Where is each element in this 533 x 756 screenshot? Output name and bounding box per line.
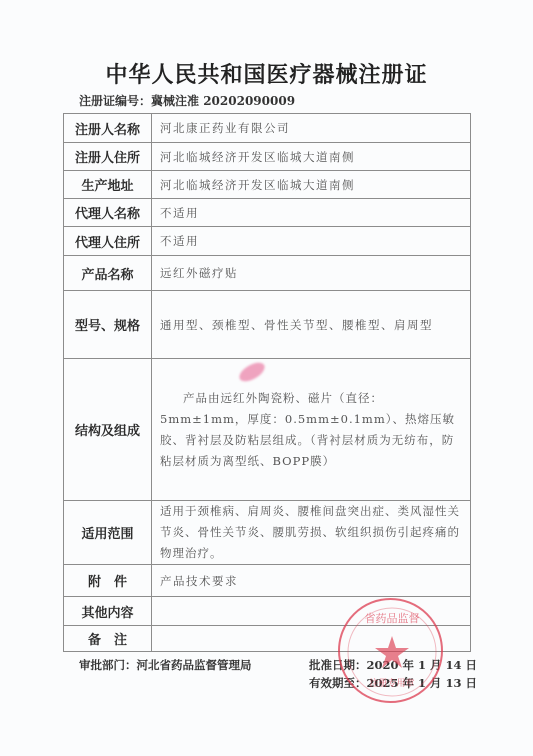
row-registrant-name: 注册人名称 河北康正药业有限公司 <box>64 114 471 143</box>
value-agent-name: 不适用 <box>152 199 471 227</box>
row-product-name: 产品名称 远红外磁疗贴 <box>64 256 471 291</box>
structure-text: 产品由远红外陶瓷粉、磁片（直径：5mm±1mm，厚度：0.5mm±0.1mm）、… <box>160 388 470 472</box>
registration-number-line: 注册证编号：冀械注准 20202090009 <box>79 92 295 109</box>
row-model-spec: 型号、规格 通用型、颈椎型、骨性关节型、腰椎型、肩周型 <box>64 291 471 359</box>
value-attachment: 产品技术要求 <box>152 565 471 597</box>
approval-department: 审批部门：河北省药品监督管理局 <box>79 657 252 673</box>
svg-text:注册专用章: 注册专用章 <box>369 677 414 689</box>
registration-number: 冀械注准 20202090009 <box>151 94 295 108</box>
row-agent-address: 代理人住所 不适用 <box>64 227 471 256</box>
label-remarks: 备 注 <box>64 626 152 652</box>
value-product-name: 远红外磁疗贴 <box>152 256 471 291</box>
value-scope: 适用于颈椎病、肩周炎、腰椎间盘突出症、类风湿性关节炎、骨性关节炎、腰肌劳损、软组… <box>152 501 471 565</box>
row-production-address: 生产地址 河北临城经济开发区临城大道南侧 <box>64 171 471 199</box>
label-agent-address: 代理人住所 <box>64 227 152 256</box>
value-registrant-name: 河北康正药业有限公司 <box>152 114 471 143</box>
row-scope: 适用范围 适用于颈椎病、肩周炎、腰椎间盘突出症、类风湿性关节炎、骨性关节炎、腰肌… <box>64 501 471 565</box>
label-scope: 适用范围 <box>64 501 152 565</box>
label-registrant-address: 注册人住所 <box>64 143 152 171</box>
scope-text: 适用于颈椎病、肩周炎、腰椎间盘突出症、类风湿性关节炎、骨性关节炎、腰肌劳损、软组… <box>160 501 470 564</box>
value-registrant-address: 河北临城经济开发区临城大道南侧 <box>152 143 471 171</box>
value-model-spec: 通用型、颈椎型、骨性关节型、腰椎型、肩周型 <box>152 291 471 359</box>
label-product-name: 产品名称 <box>64 256 152 291</box>
official-seal-icon: 省药品监督 注册专用章 <box>338 598 443 703</box>
row-registrant-address: 注册人住所 河北临城经济开发区临城大道南侧 <box>64 143 471 171</box>
row-attachment: 附 件 产品技术要求 <box>64 565 471 597</box>
document-title: 中华人民共和国医疗器械注册证 <box>0 58 533 89</box>
value-agent-address: 不适用 <box>152 227 471 256</box>
row-agent-name: 代理人名称 不适用 <box>64 199 471 227</box>
value-structure: 产品由远红外陶瓷粉、磁片（直径：5mm±1mm，厚度：0.5mm±0.1mm）、… <box>152 359 471 501</box>
label-model-spec: 型号、规格 <box>64 291 152 359</box>
row-structure: 结构及组成 产品由远红外陶瓷粉、磁片（直径：5mm±1mm，厚度：0.5mm±0… <box>64 359 471 501</box>
label-structure: 结构及组成 <box>64 359 152 501</box>
svg-text:省药品监督: 省药品监督 <box>365 611 420 625</box>
label-attachment: 附 件 <box>64 565 152 597</box>
label-agent-name: 代理人名称 <box>64 199 152 227</box>
label-registrant-name: 注册人名称 <box>64 114 152 143</box>
label-other: 其他内容 <box>64 597 152 626</box>
certificate-table: 注册人名称 河北康正药业有限公司 注册人住所 河北临城经济开发区临城大道南侧 生… <box>63 113 471 652</box>
value-production-address: 河北临城经济开发区临城大道南侧 <box>152 171 471 199</box>
registration-number-label: 注册证编号： <box>79 94 151 108</box>
label-production-address: 生产地址 <box>64 171 152 199</box>
